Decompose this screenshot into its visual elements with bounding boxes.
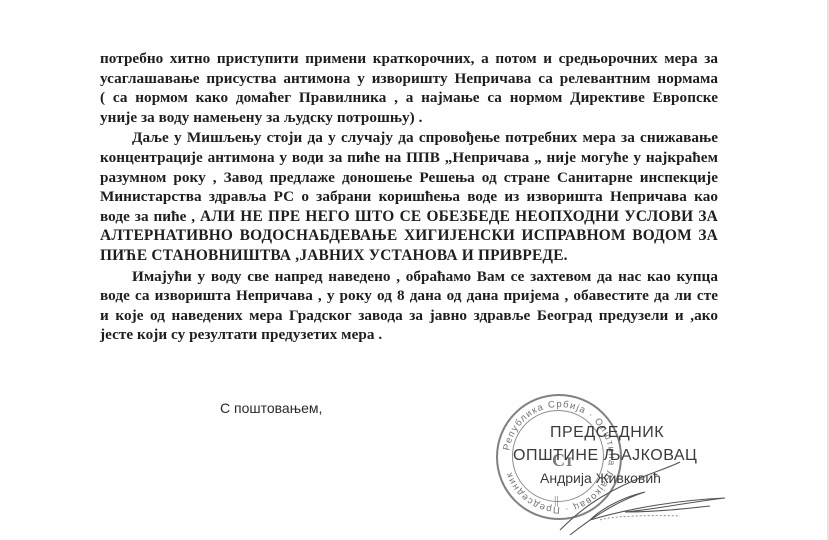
text-line: усаглашавање присуства антимона у извори…	[100, 69, 718, 89]
text-normal: воде за пиће ,	[100, 208, 200, 225]
text-line: уније за воду намењену за људску потрошњ…	[100, 108, 718, 128]
paragraph-2: Даље у Мишљењу стоји да у случају да спр…	[100, 128, 718, 265]
text-line: потребно хитно приступити примени кратко…	[100, 49, 718, 69]
text-line: ( са нормом како домаћег Правилника , а …	[100, 88, 718, 108]
text-line: воде са изворишта Непричава , у року од …	[100, 286, 718, 306]
text-line: Имајући у воду све напред наведено , обр…	[100, 267, 718, 287]
text-line: јесте који су резултати предузетих мера …	[100, 325, 718, 345]
text-emphasis: АЛИ НЕ ПРЕ НЕГО ШТО СЕ ОБЕЗБЕДЕ НЕОПХОДН…	[200, 208, 718, 225]
text-line-mixed: воде за пиће , АЛИ НЕ ПРЕ НЕГО ШТО СЕ ОБ…	[100, 207, 718, 227]
handwritten-signature-icon	[540, 440, 740, 540]
signature-block: Република Србија · Општина Љајковац · Пр…	[480, 380, 740, 540]
text-line: концентрације антимона у води за пиће на…	[100, 148, 718, 168]
document-page: потребно хитно приступити примени кратко…	[0, 0, 829, 540]
letter-body: потребно хитно приступити примени кратко…	[100, 49, 718, 345]
text-line: Министарства здравља РС о забрани коришћ…	[100, 187, 718, 207]
text-emphasis-line: АЛТЕРНАТИВНО ВОДОСНАБДЕВАЊЕ ХИГИЈЕНСКИ И…	[100, 226, 718, 246]
paragraph-1: потребно хитно приступити примени кратко…	[100, 49, 718, 127]
text-emphasis-line: ПИЋЕ СТАНОВНИШТВА ,ЈАВНИХ УСТАНОВА И ПРИ…	[100, 246, 718, 266]
text-line: разумном року , Завод предлаже доношење …	[100, 168, 718, 188]
text-line: Даље у Мишљењу стоји да у случају да спр…	[100, 128, 718, 148]
text-line: и које од наведених мера Градског завода…	[100, 306, 718, 326]
closing-salutation: С поштовањем,	[220, 400, 322, 416]
paragraph-3: Имајући у воду све напред наведено , обр…	[100, 267, 718, 345]
